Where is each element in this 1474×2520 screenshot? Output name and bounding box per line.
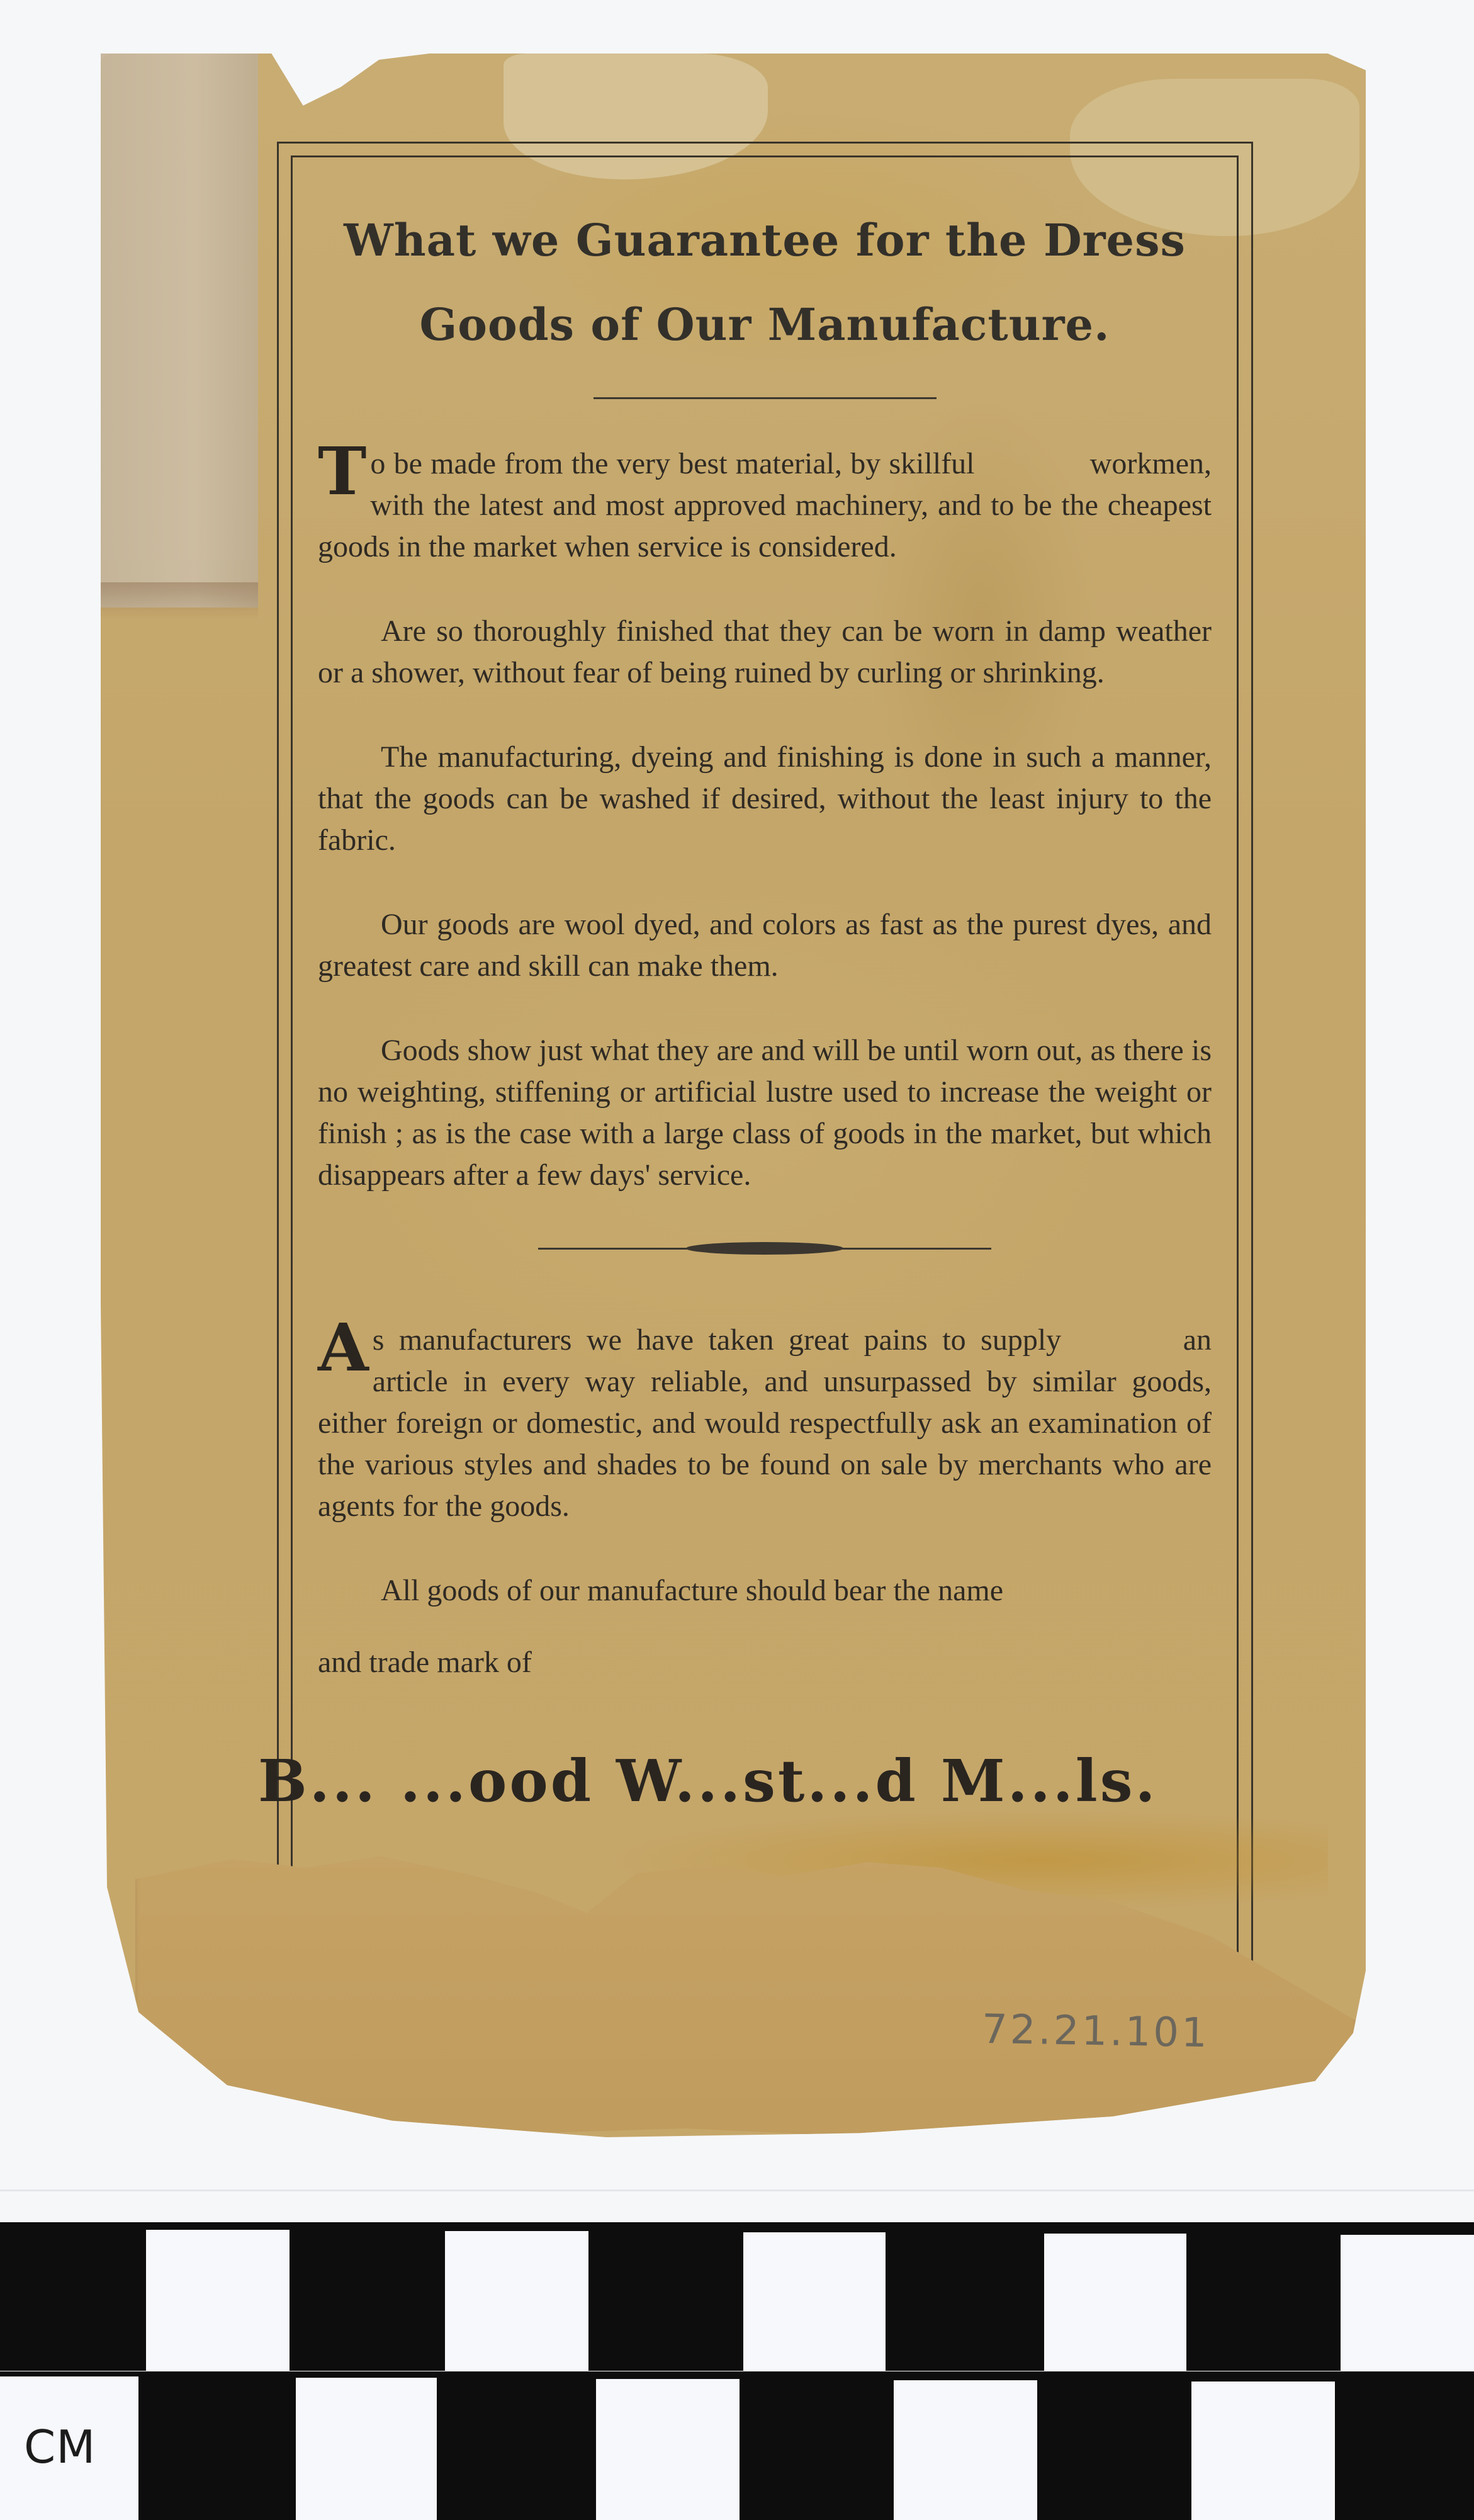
scale-cell-white xyxy=(146,2230,290,2371)
paragraph-6: A s manufacturers we have taken great pa… xyxy=(318,1319,1212,1527)
scale-row-top xyxy=(0,2222,1474,2371)
scale-cell-white xyxy=(445,2231,588,2371)
paragraph-2: Are so thoroughly finished that they can… xyxy=(318,611,1212,694)
scale-cell-white xyxy=(596,2379,740,2520)
scale-cell-white xyxy=(296,2378,437,2520)
ornamental-divider xyxy=(538,1239,991,1258)
scale-cell-white xyxy=(894,2380,1037,2520)
scale-row-bottom xyxy=(0,2371,1474,2520)
drop-cap: T xyxy=(318,443,366,500)
paragraph-5: Goods show just what they are and will b… xyxy=(318,1030,1212,1196)
cm-scale-bar xyxy=(0,2222,1474,2520)
title-line-2: Goods of Our Manufacture. xyxy=(420,298,1110,351)
catalog-number: 72.21.101 xyxy=(981,2006,1210,2057)
paragraph-6-first-line: s manufacturers we have taken great pain… xyxy=(373,1323,1061,1357)
document-title: What we Guarantee for the Dress Goods of… xyxy=(318,198,1212,367)
scale-unit-label: CM xyxy=(24,2421,96,2473)
paragraph-4: Our goods are wool dyed, and colors as f… xyxy=(318,904,1212,987)
scale-cell-white xyxy=(1341,2235,1474,2371)
scale-cell-white xyxy=(743,2232,886,2371)
drop-cap: A xyxy=(318,1319,369,1376)
title-line-1: What we Guarantee for the Dress xyxy=(344,214,1186,266)
faded-left-strip xyxy=(101,54,258,607)
title-divider xyxy=(594,397,937,399)
scale-cell-white xyxy=(1044,2234,1186,2371)
paragraph-1: T o be made from the very best material,… xyxy=(318,443,1212,568)
paragraph-7: All goods of our manufacture should bear… xyxy=(318,1570,1212,1612)
mill-name-obscured: B... ...ood W...st...d M...ls. xyxy=(258,1747,1158,1815)
paragraph-7-text: All goods of our manufacture should bear… xyxy=(381,1574,1003,1607)
paragraph-1-first-line: o be made from the very best material, b… xyxy=(370,447,974,480)
paper-document: What we Guarantee for the Dress Goods of… xyxy=(101,54,1366,2137)
paragraph-3: The manufacturing, dyeing and finishing … xyxy=(318,737,1212,861)
paragraph-7-trailing: and trade mark of xyxy=(318,1642,1212,1683)
document-content: What we Guarantee for the Dress Goods of… xyxy=(318,198,1212,1726)
scale-cell-white xyxy=(1191,2382,1335,2520)
scale-edge-line xyxy=(0,2189,1474,2191)
